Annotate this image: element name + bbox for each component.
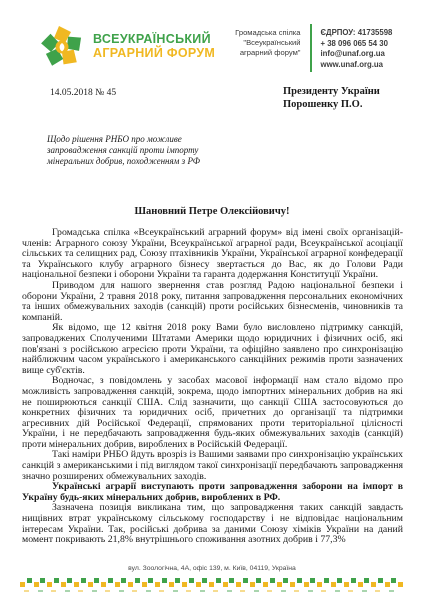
border-square xyxy=(67,578,72,583)
border-square xyxy=(175,578,180,583)
border-dash xyxy=(348,590,353,592)
border-square xyxy=(196,582,201,587)
border-square xyxy=(101,582,106,587)
border-square xyxy=(216,578,221,583)
body-paragraph: Як відомо, ще 12 квітня 2018 року Вами б… xyxy=(22,323,403,376)
border-square xyxy=(54,578,59,583)
border-square xyxy=(74,582,79,587)
org-name-line: "Всеукраїнський xyxy=(215,38,300,48)
border-square xyxy=(250,582,255,587)
border-square xyxy=(351,578,356,583)
letter-body: Громадська спілка «Всеукраїнський аграрн… xyxy=(22,228,403,546)
body-paragraph: Зазначена позиція викликана тим, що запр… xyxy=(22,503,403,545)
date-reference: 14.05.2018 № 45 xyxy=(50,88,116,98)
org-name-line: аграрний форум" xyxy=(215,48,300,58)
decorative-border xyxy=(20,578,404,596)
body-paragraph: Такі наміри РНБО йдуть врозріз із Вашими… xyxy=(22,450,403,482)
border-square xyxy=(209,582,214,587)
border-square xyxy=(371,582,376,587)
border-square xyxy=(277,582,282,587)
website-url: www.unaf.org.ua xyxy=(321,60,405,71)
border-square xyxy=(283,578,288,583)
border-square xyxy=(236,582,241,587)
border-square xyxy=(40,578,45,583)
border-square xyxy=(344,582,349,587)
border-dash xyxy=(51,590,56,592)
body-paragraph: Водночас, з повідомлень у засобах масово… xyxy=(22,376,403,450)
border-dash xyxy=(78,590,83,592)
border-square xyxy=(135,578,140,583)
border-square xyxy=(108,578,113,583)
border-dash xyxy=(65,590,70,592)
border-dash xyxy=(213,590,218,592)
border-dash xyxy=(119,590,124,592)
border-square xyxy=(229,578,234,583)
contact-block: ЄДРПОУ: 41735598 + 38 096 065 54 30 info… xyxy=(321,28,405,70)
border-square xyxy=(34,582,39,587)
org-logo-title: ВСЕУКРАЇНСЬКИЙ АГРАРНИЙ ФОРУМ xyxy=(93,33,215,60)
border-square xyxy=(94,578,99,583)
border-square xyxy=(61,582,66,587)
border-square xyxy=(243,578,248,583)
addressee-line: Порошенку П.О. xyxy=(283,98,380,111)
border-square xyxy=(20,582,25,587)
border-square xyxy=(256,578,261,583)
border-dash xyxy=(281,590,286,592)
border-dash xyxy=(389,590,394,592)
org-name-block: Громадська спілка "Всеукраїнський аграрн… xyxy=(215,28,300,58)
border-dash xyxy=(335,590,340,592)
border-square xyxy=(27,578,32,583)
edrpou-code: ЄДРПОУ: 41735598 xyxy=(321,28,405,39)
border-square xyxy=(182,582,187,587)
border-dash xyxy=(240,590,245,592)
border-square xyxy=(270,578,275,583)
border-dash xyxy=(186,590,191,592)
phone-number: + 38 096 065 54 30 xyxy=(321,39,405,50)
border-square xyxy=(310,578,315,583)
letter-page: ВСЕУКРАЇНСЬКИЙ АГРАРНИЙ ФОРУМ Громадська… xyxy=(0,0,424,600)
salutation: Шановний Петре Олексійовичу! xyxy=(22,206,402,217)
org-logo-title-line1: ВСЕУКРАЇНСЬКИЙ xyxy=(93,33,215,47)
border-square xyxy=(358,582,363,587)
addressee-block: Президенту України Порошенку П.О. xyxy=(283,85,380,111)
border-dash xyxy=(267,590,272,592)
border-square xyxy=(169,582,174,587)
border-dash xyxy=(159,590,164,592)
subject-line: Щодо рішення РНБО про можливе запровадже… xyxy=(47,134,225,167)
border-dash xyxy=(362,590,367,592)
body-paragraph: Приводом для нашого звернення став розгл… xyxy=(22,281,403,323)
border-square xyxy=(337,578,342,583)
border-square xyxy=(263,582,268,587)
border-square xyxy=(297,578,302,583)
border-dash xyxy=(24,590,29,592)
addressee-line: Президенту України xyxy=(283,85,380,98)
border-dash xyxy=(200,590,205,592)
border-square xyxy=(304,582,309,587)
border-square xyxy=(155,582,160,587)
body-paragraph: Громадська спілка «Всеукраїнський аграрн… xyxy=(22,228,403,281)
border-dash xyxy=(146,590,151,592)
border-dash xyxy=(254,590,259,592)
border-dash xyxy=(132,590,137,592)
border-square xyxy=(364,578,369,583)
border-square xyxy=(142,582,147,587)
border-dash xyxy=(321,590,326,592)
border-square xyxy=(162,578,167,583)
header-divider xyxy=(310,24,312,72)
border-dash xyxy=(227,590,232,592)
body-paragraph: Українські аграрії виступають проти запр… xyxy=(22,482,403,503)
border-square xyxy=(331,582,336,587)
border-square xyxy=(317,582,322,587)
border-dash xyxy=(105,590,110,592)
border-square xyxy=(223,582,228,587)
border-dash xyxy=(375,590,380,592)
border-dash xyxy=(38,590,43,592)
border-square xyxy=(290,582,295,587)
org-name-line: Громадська спілка xyxy=(215,28,300,38)
footer-address: вул. Зоологічна, 4А, офіс 139, м. Київ, … xyxy=(0,565,424,572)
border-dash xyxy=(308,590,313,592)
border-square xyxy=(121,578,126,583)
border-dash xyxy=(294,590,299,592)
org-logo-title-line2: АГРАРНИЙ ФОРУМ xyxy=(93,47,215,61)
border-dash xyxy=(92,590,97,592)
border-square xyxy=(378,578,383,583)
border-square xyxy=(398,582,403,587)
border-square xyxy=(189,578,194,583)
border-square xyxy=(385,582,390,587)
letterhead: ВСЕУКРАЇНСЬКИЙ АГРАРНИЙ ФОРУМ Громадська… xyxy=(38,22,404,74)
border-square xyxy=(88,582,93,587)
border-dash xyxy=(173,590,178,592)
email-address: info@unaf.org.ua xyxy=(321,49,405,60)
border-square xyxy=(128,582,133,587)
pinwheel-flower-logo-icon xyxy=(38,22,86,70)
border-square xyxy=(47,582,52,587)
border-square xyxy=(115,582,120,587)
border-square xyxy=(391,578,396,583)
border-square xyxy=(324,578,329,583)
border-square xyxy=(148,578,153,583)
border-square xyxy=(202,578,207,583)
border-square xyxy=(81,578,86,583)
